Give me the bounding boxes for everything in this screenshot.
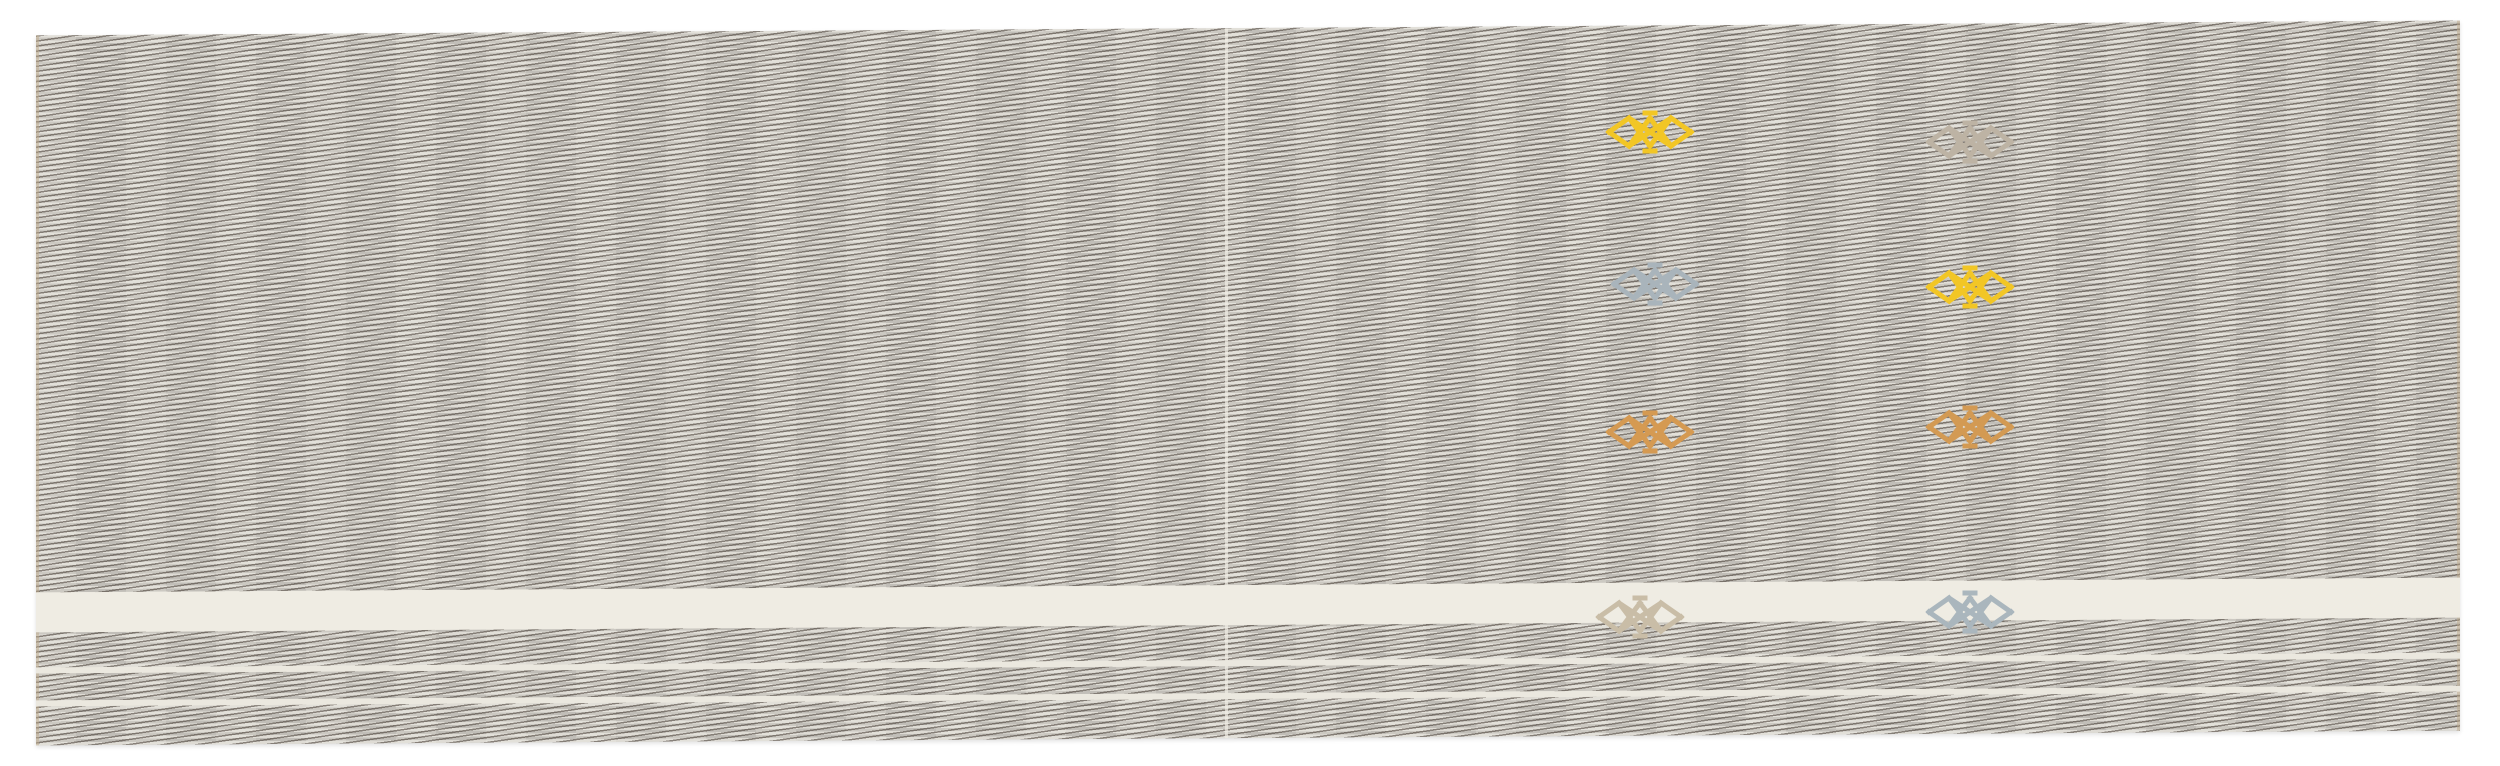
diamond-motif-icon — [1605, 110, 1695, 154]
diamond-motif-icon — [1610, 262, 1700, 306]
center-seam — [1225, 28, 1228, 738]
diamond-motif-icon — [1605, 410, 1695, 454]
kilim-rug — [36, 21, 2460, 746]
cream-band — [36, 578, 2460, 633]
diamond-motif-icon — [1595, 595, 1685, 639]
diamond-motif-icon — [1925, 120, 2015, 164]
diamond-motif-icon — [1925, 265, 2015, 309]
rug-right-edge — [2457, 21, 2460, 731]
cream-stripe-1 — [36, 653, 2460, 674]
diamond-motif-icon — [1925, 590, 2015, 634]
cream-stripe-2 — [36, 686, 2460, 707]
rug-left-edge — [36, 35, 39, 745]
diamond-motif-icon — [1925, 405, 2015, 449]
